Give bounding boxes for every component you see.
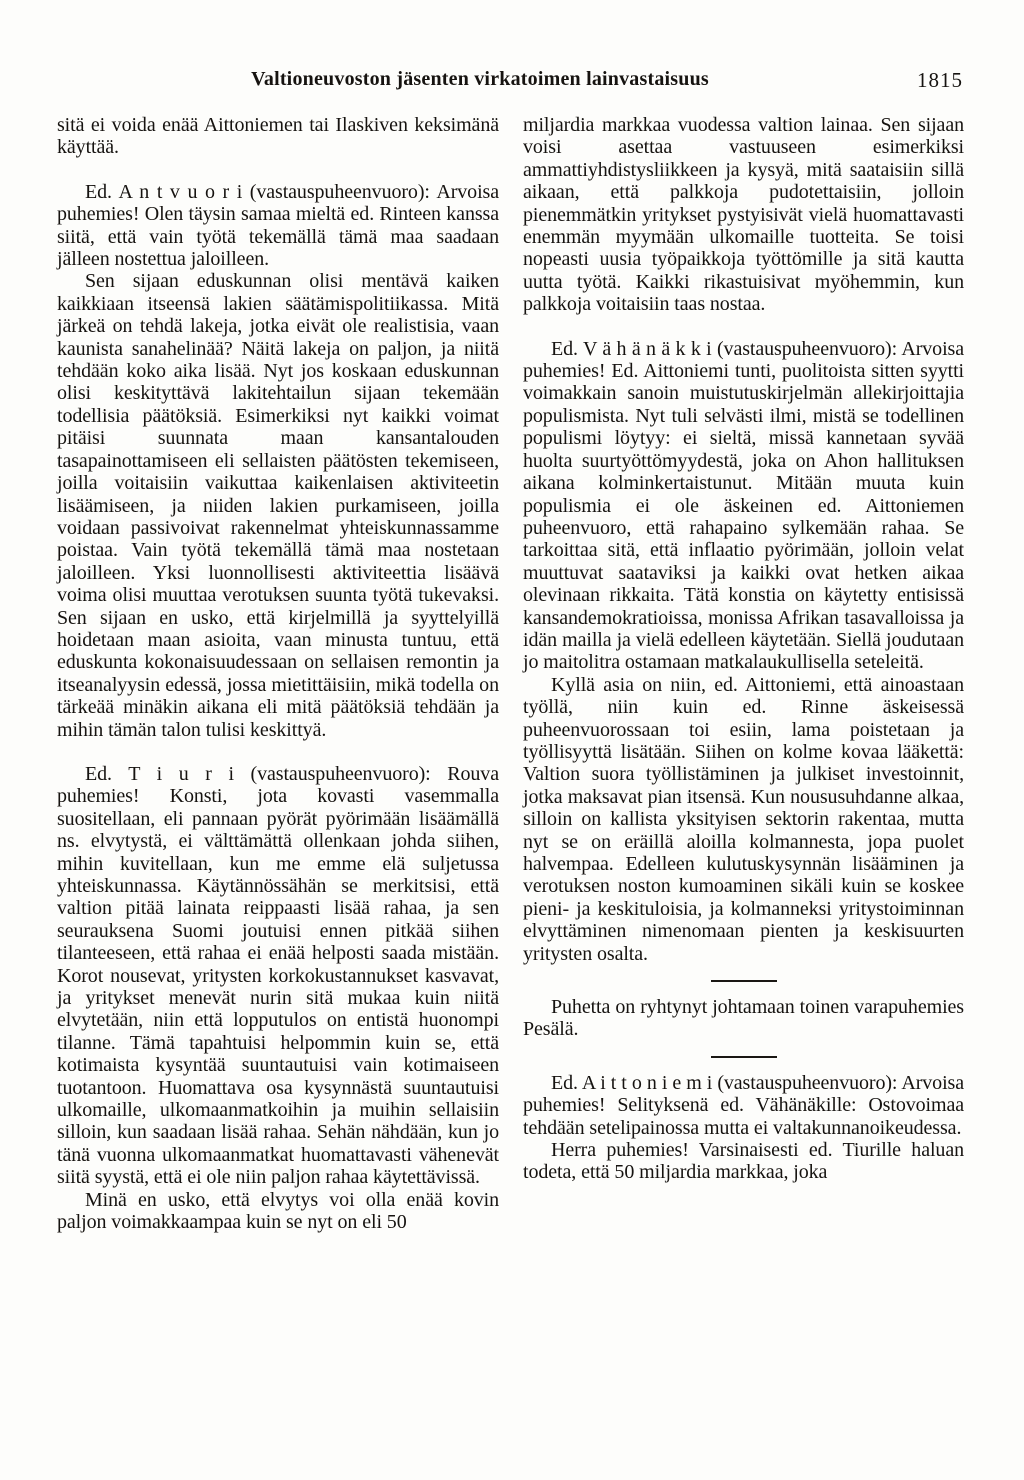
right-text-column: miljardia markkaa vuodessa valtion laina…: [523, 114, 964, 1184]
paragraph-herra-puhemies: Herra puhemies! Varsinaisesti ed. Tiuril…: [523, 1139, 964, 1184]
speech-antvuori: Ed. A n t v u o r i (vastauspuheenvuoro)…: [57, 181, 499, 271]
paragraph-sen-sijaan: Sen sijaan eduskunnan olisi mentävä kaik…: [57, 270, 499, 741]
paragraph-continuation-right: miljardia markkaa vuodessa valtion laina…: [523, 114, 964, 316]
speech-tiuri: Ed. T i u r i (vastauspuheenvuoro): Rouv…: [57, 763, 499, 1189]
running-header-title: Valtioneuvoston jäsenten virkatoimen lai…: [57, 68, 903, 91]
paragraph-mina-en-usko: Minä en usko, että elvytys voi olla enää…: [57, 1189, 499, 1234]
paragraph-continuation-left: sitä ei voida enää Aittoniemen tai Ilask…: [57, 114, 499, 159]
running-header: Valtioneuvoston jäsenten virkatoimen lai…: [57, 68, 963, 94]
speech-aittoniemi: Ed. A i t t o n i e m i (vastauspuheenvu…: [523, 1072, 964, 1139]
section-divider: [711, 1056, 777, 1058]
section-divider: [711, 980, 777, 982]
speech-vahanakki: Ed. V ä h ä n ä k k i (vastauspuheenvuor…: [523, 338, 964, 674]
chair-change-note: Puhetta on ryhtynyt johtamaan toinen var…: [523, 996, 964, 1041]
left-text-column: sitä ei voida enää Aittoniemen tai Ilask…: [57, 114, 499, 1234]
document-page: Valtioneuvoston jäsenten virkatoimen lai…: [0, 0, 1024, 1480]
paragraph-kylla-asia: Kyllä asia on niin, ed. Aittoniemi, että…: [523, 674, 964, 965]
page-number: 1815: [917, 68, 963, 93]
